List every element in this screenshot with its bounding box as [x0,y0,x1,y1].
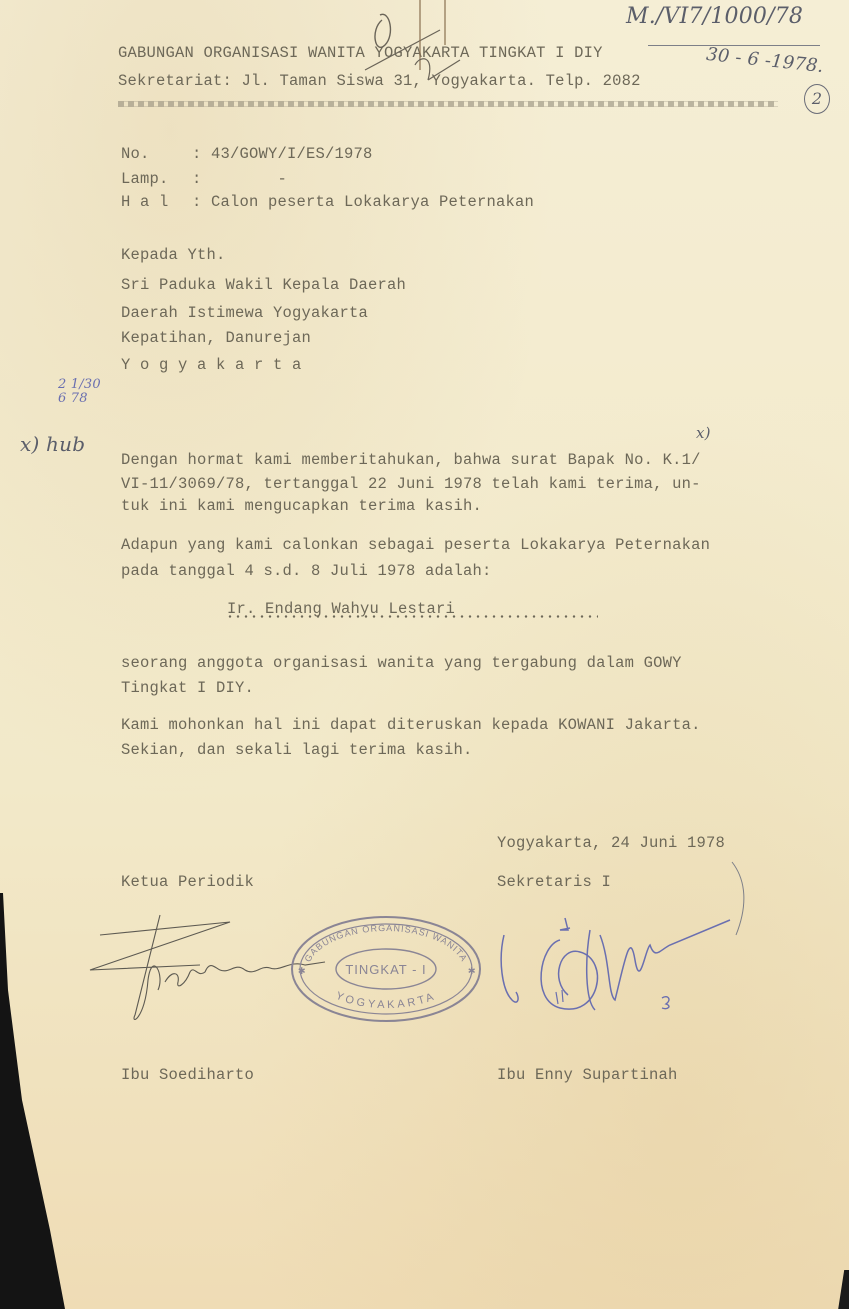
letter-number-value: : 43/GOWY/I/ES/1978 [192,145,373,163]
asterisk-note: x) [696,424,711,442]
body-line: Tingkat I DIY. [121,679,254,697]
left-signatory-name: Ibu Soedihartо [121,1066,254,1084]
recipient-line: Daerah Istimewa Yogyakarta [121,304,368,322]
subject-value: : Calon peserta Lokakarya Peternakan [192,193,534,211]
margin-fraction-note: 2 1/30 6 78 [58,378,108,406]
recipient-line: Sri Paduka Wakil Kepala Daerah [121,276,406,294]
candidate-dotted-line [226,615,598,618]
handwritten-ref-number: M./VI7/1000/78 [626,4,803,29]
svg-text:✱: ✱ [468,964,475,978]
signature-enny-supartinah-icon [490,900,760,1040]
paraf-initials-icon [340,0,520,100]
body-line: VI-11/3069/78, tertanggal 22 Juni 1978 t… [121,475,701,493]
svg-text:TINGKAT - I: TINGKAT - I [345,962,426,977]
margin-note-hub: x) hub [20,432,85,456]
body-line: Adapun yang kami calonkan sebagai pesert… [121,536,710,554]
right-signatory-title: Sekretaris I [497,873,611,891]
recipient-line: Kepatihan, Danurejan [121,329,311,347]
letterhead-separator [118,101,778,107]
right-signatory-name: Ibu Enny Supartinah [497,1066,678,1084]
recipient-salutation: Kepada Yth. [121,246,226,264]
attachment-label: Lamp. [121,170,169,188]
page-number-circle: 2 [804,84,830,114]
place-date: Yogyakarta, 24 Juni 1978 [497,834,725,852]
left-signatory-title: Ketua Periodik [121,873,254,891]
attachment-value: : - [192,170,287,188]
letter-number-label: No. [121,145,150,163]
body-line: seorang anggota organisasi wanita yang t… [121,654,682,672]
body-line: Kami mohonkan hal ini dapat diteruskan k… [121,716,701,734]
body-line: Sekian, dan sekali lagi terima kasih. [121,741,473,759]
subject-label: H a l [121,193,169,211]
body-line: pada tanggal 4 s.d. 8 Juli 1978 adalah: [121,562,492,580]
body-line: Dengan hormat kami memberitahukan, bahwa… [121,451,701,469]
recipient-line: Y o g y a k a r t a [121,356,302,374]
svg-text:YOGYAKARTA: YOGYAKARTA [334,990,438,1011]
svg-text:✱: ✱ [298,964,305,978]
organization-stamp-icon: GABUNGAN ORGANISASI WANITA TINGKAT - I Y… [288,912,488,1027]
pencil-bracket-mark-icon [728,860,758,940]
body-line: tuk ini kami mengucapkan terima kasih. [121,497,482,515]
